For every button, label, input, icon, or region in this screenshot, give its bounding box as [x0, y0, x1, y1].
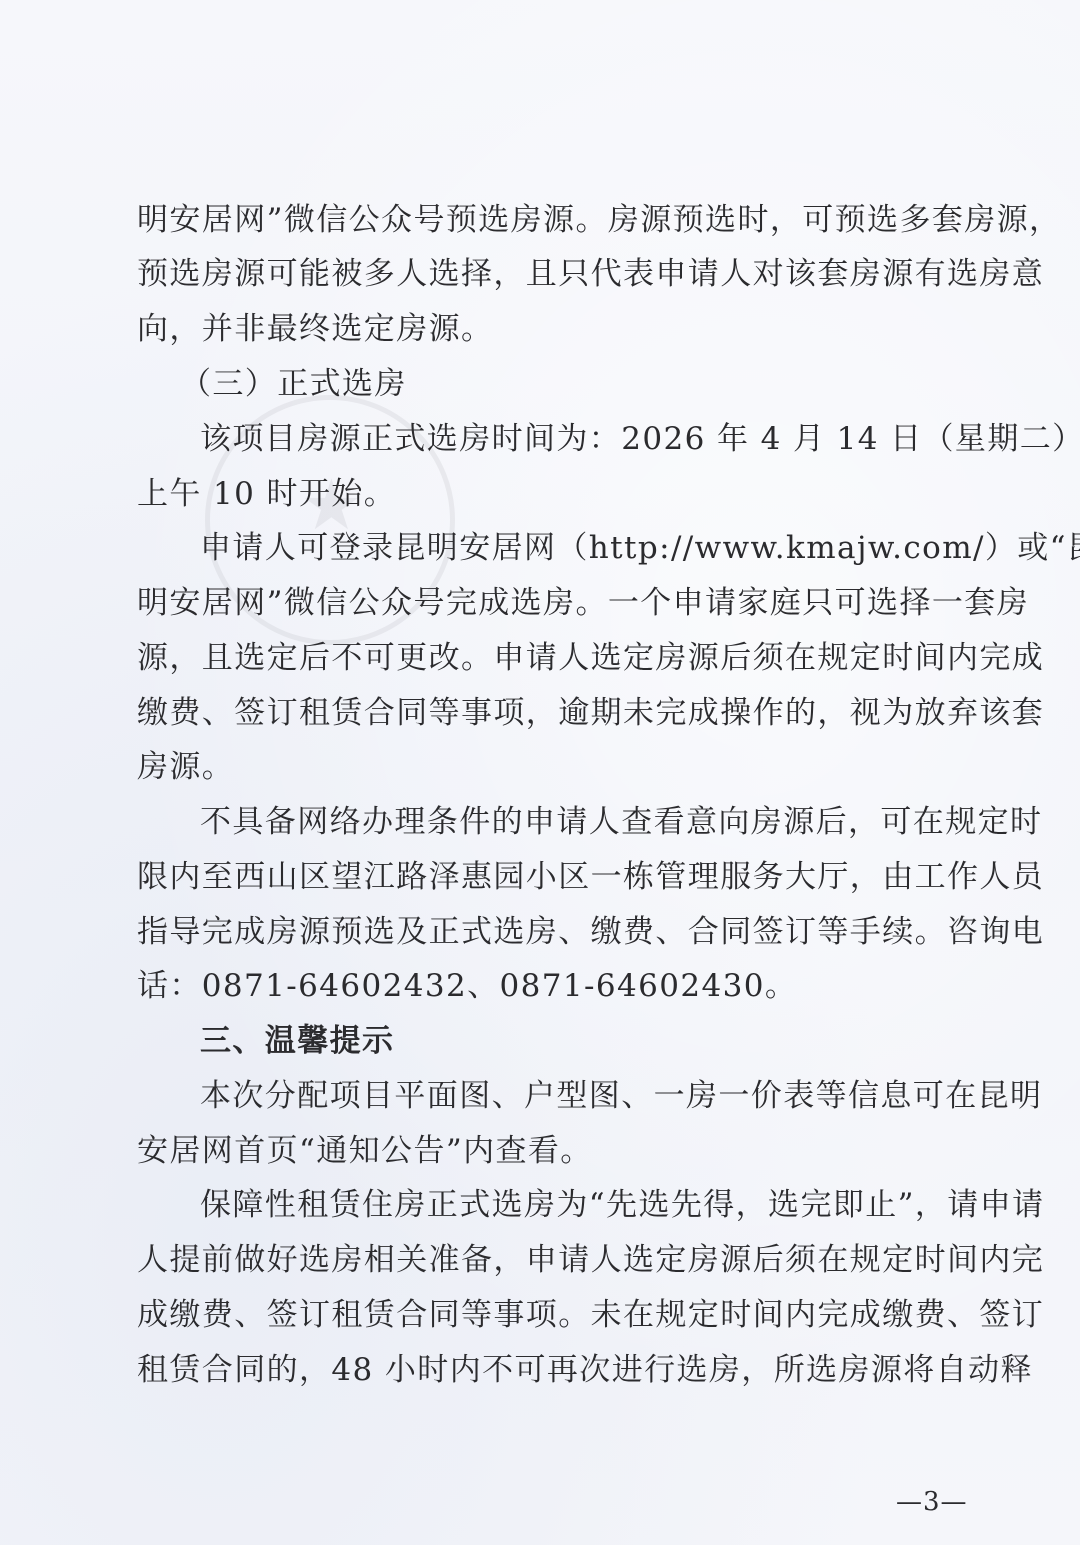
page-number: —3— — [896, 1487, 968, 1517]
document-page: ★ 明安居网”微信公众号预选房源。房源预选时，可预选多套房源， 预选房源可能被多… — [0, 0, 1080, 1545]
paragraph-line: 申请人可登录昆明安居网（http://www.kmajw.com/）或“昆 — [200, 528, 1080, 568]
paragraph-line: 房源。 — [137, 747, 234, 787]
paragraph-line: 缴费、签订租赁合同等事项，逾期未完成操作的，视为放弃该套 — [137, 693, 1044, 733]
paragraph-line: 上午 10 时开始。 — [137, 474, 396, 514]
paragraph-line: 限内至西山区望江路泽惠园小区一栋管理服务大厅，由工作人员 — [137, 857, 1044, 897]
paragraph-line: 向，并非最终选定房源。 — [137, 309, 493, 349]
paragraph-line: 本次分配项目平面图、户型图、一房一价表等信息可在昆明 — [200, 1076, 1042, 1116]
section-heading-formal-selection: （三）正式选房 — [180, 364, 407, 404]
paragraph-line: 不具备网络办理条件的申请人查看意向房源后，可在规定时 — [200, 802, 1042, 842]
paragraph-line: 租赁合同的，48 小时内不可再次进行选房，所选房源将自动释 — [137, 1350, 1033, 1390]
paragraph-line: 保障性租赁住房正式选房为“先选先得，选完即止”，请申请 — [200, 1185, 1045, 1225]
paragraph-line: 明安居网”微信公众号完成选房。一个申请家庭只可选择一套房 — [137, 583, 1029, 623]
section-heading-reminders: 三、温馨提示 — [200, 1021, 394, 1061]
paragraph-line: 源，且选定后不可更改。申请人选定房源后须在规定时间内完成 — [137, 638, 1044, 678]
paragraph-line: 安居网首页“通知公告”内查看。 — [137, 1131, 593, 1171]
paragraph-line: 预选房源可能被多人选择，且只代表申请人对该套房源有选房意 — [137, 254, 1044, 294]
paragraph-line: 指导完成房源预选及正式选房、缴费、合同签订等手续。咨询电 — [137, 912, 1044, 952]
paragraph-line: 明安居网”微信公众号预选房源。房源预选时，可预选多套房源， — [137, 200, 1061, 240]
paragraph-line: 该项目房源正式选房时间为：2026 年 4 月 14 日（星期二） — [200, 419, 1080, 459]
paragraph-line: 成缴费、签订租赁合同等事项。未在规定时间内完成缴费、签订 — [137, 1295, 1044, 1335]
paragraph-line: 人提前做好选房相关准备，申请人选定房源后须在规定时间内完 — [137, 1240, 1044, 1280]
paragraph-line: 话：0871-64602432、0871-64602430。 — [137, 966, 797, 1006]
